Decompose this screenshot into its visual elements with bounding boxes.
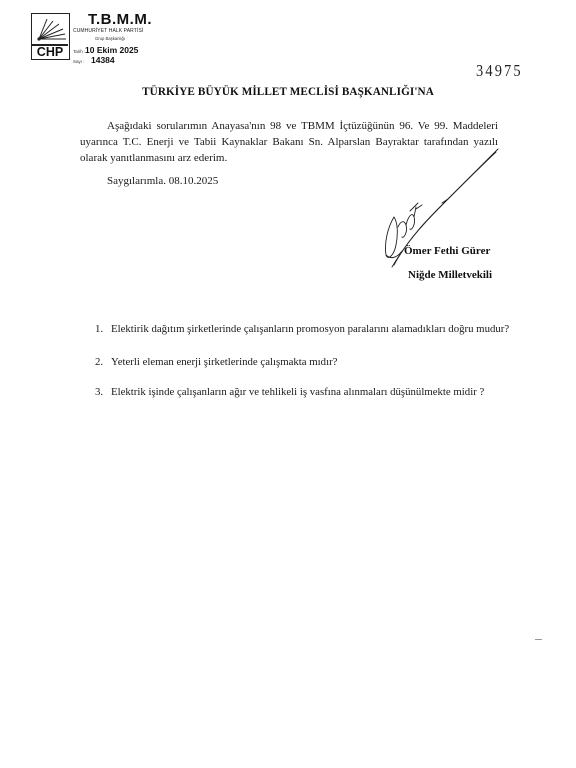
stamp-number-value: 14384: [91, 55, 115, 65]
page-title: TÜRKİYE BÜYÜK MİLLET MECLİSİ BAŞKANLIĞI'…: [0, 86, 576, 98]
question-item: 3. Elektrik işinde çalışanların ağır ve …: [95, 385, 515, 399]
stamp-party-name: CUMHURİYET HALK PARTİSİ: [73, 28, 143, 34]
question-text: Elektrik işinde çalışanların ağır ve teh…: [111, 386, 484, 398]
question-list: 1. Elektirik dağıtım şirketlerinde çalış…: [95, 322, 515, 399]
question-number: 2.: [95, 355, 103, 369]
question-item: 1. Elektirik dağıtım şirketlerinde çalış…: [95, 322, 515, 336]
chp-logo: CHP: [31, 13, 70, 60]
question-text: Elektirik dağıtım şirketlerinde çalışanl…: [111, 323, 509, 335]
document-number: 34975: [476, 61, 523, 81]
question-number: 3.: [95, 385, 103, 399]
question-item: 2. Yeterli eleman enerji şirketlerinde ç…: [95, 355, 515, 369]
greeting-date: Saygılarımla. 08.10.2025: [107, 175, 218, 187]
logo-text: CHP: [32, 45, 68, 59]
signer-title: Niğde Milletvekili: [408, 269, 492, 281]
question-text: Yeterli eleman enerji şirketlerinde çalı…: [111, 356, 337, 368]
signer-name: Ömer Fethi Gürer: [404, 245, 490, 257]
stamp-number-label: Sayı :: [73, 59, 85, 64]
stamp-number-row: Sayı :14384: [73, 50, 115, 68]
stamp-title: T.B.M.M.: [88, 11, 152, 28]
question-number: 1.: [95, 322, 103, 336]
document-page: CHP T.B.M.M. CUMHURİYET HALK PARTİSİ Gru…: [0, 0, 576, 768]
scan-mark: [535, 639, 542, 640]
six-arrows-icon: [33, 15, 68, 43]
